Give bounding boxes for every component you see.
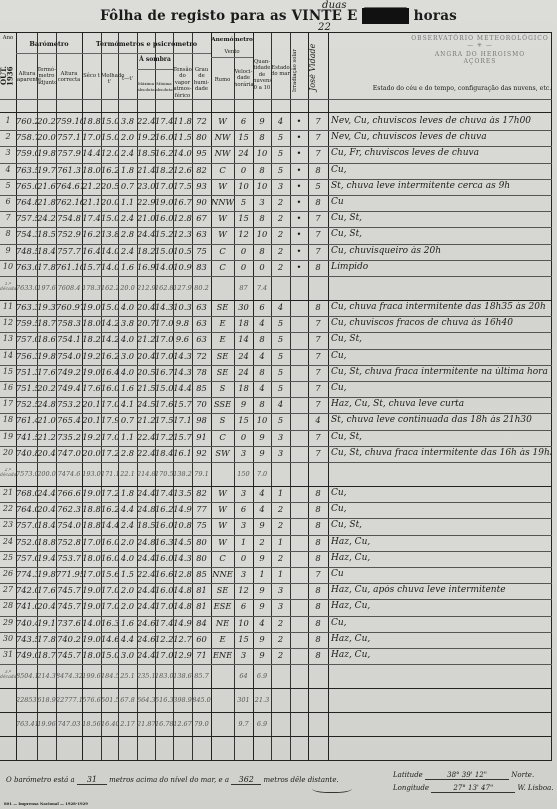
cell-vel: 15 — [234, 132, 253, 142]
header-anemometro: Anemómetro — [211, 37, 253, 43]
day-number: 2 — [0, 132, 16, 141]
cell-grau: 75 — [192, 520, 211, 530]
cell-rumo: C — [211, 246, 234, 256]
cell-molh: 17.0 — [101, 585, 118, 595]
cell-x: 8 — [308, 601, 328, 611]
cell-alt_ap: 740.8 — [16, 448, 37, 458]
barometer-distance: 362 — [231, 775, 261, 785]
cell-vel: 6 — [234, 504, 253, 514]
cell-seco: 178.3 — [82, 284, 101, 292]
cell-tens: 10.8 — [173, 520, 192, 530]
cell-molh: 14.2 — [101, 318, 118, 328]
cell-tens: 10.3 — [173, 302, 192, 312]
cell-vel: 15 — [234, 634, 253, 644]
cell-seco: 18.8 — [82, 520, 101, 530]
header-termometros: Termómetros e psicrómetro — [82, 41, 211, 47]
cell-grau: 72 — [192, 116, 211, 126]
cell-alt_ap: 752.0 — [16, 537, 37, 547]
cell-seco: 16.4 — [82, 246, 101, 256]
cell-vel: 0 — [234, 432, 253, 442]
cell-molh: 15.0 — [101, 650, 118, 660]
cell-diff: 3.8 — [118, 116, 137, 126]
cell-min: 17.0 — [155, 351, 173, 361]
cell-molh: 14.2 — [101, 334, 118, 344]
cell-mar: 2 — [271, 520, 290, 530]
table-row: 23757.018.4754.018.814.42.418.516.010.87… — [0, 518, 552, 534]
cell-max: 24.4 — [137, 650, 155, 660]
title-annotation-above: duas — [322, 0, 347, 11]
cell-molh: 16.0 — [101, 553, 118, 563]
cell-max: 235.1 — [137, 672, 155, 680]
cell-max: 24.4 — [137, 553, 155, 563]
cell-diff: 3.0 — [118, 650, 137, 660]
cell-remark: Cu — [331, 569, 551, 579]
cell-min: 16.0 — [155, 132, 173, 142]
cell-grau: 80.2 — [192, 284, 211, 292]
table-row: 26774.3519.8771.9517.015.61.522.416.612.… — [0, 567, 552, 583]
day-number: 14 — [0, 351, 16, 360]
cell-vel: 64 — [234, 672, 253, 680]
cell-remark: Haz, Cu, — [331, 634, 551, 644]
cell-min: 17.0 — [155, 181, 173, 191]
cell-remark: St, chuva leve continuada das 18h às 21h… — [331, 415, 551, 425]
cell-alt_ap: 765.05 — [16, 181, 37, 191]
cell-term: 18.4 — [37, 246, 56, 256]
table-row: 9748.518.4757.716.414.02.418.215.010.575… — [0, 244, 552, 260]
cell-remark: Cu, Fr, chuviscos leves de chuva — [331, 148, 551, 158]
month-stamp: OUT. 1936 — [1, 57, 15, 95]
cell-alt_corr: 737.6 — [56, 618, 82, 628]
cell-x: 7 — [308, 432, 328, 442]
cell-max: 21.0 — [137, 213, 155, 223]
cell-rumo: W — [211, 504, 234, 514]
cell-nuv: 10 — [253, 181, 271, 191]
cell-alt_ap: 768.0 — [16, 488, 37, 498]
cell-molh: 184.5 — [101, 672, 118, 680]
cell-alt_corr: 747.03 — [56, 720, 82, 728]
cell-alt_ap: 22853.90 — [16, 696, 37, 704]
cell-mar: 2 — [271, 618, 290, 628]
cell-alt_corr: 749.2 — [56, 367, 82, 377]
cell-remark: Nev, Cu, chuviscos leves de chuva — [331, 132, 551, 142]
cell-alt_corr: 753.2 — [56, 399, 82, 409]
cell-grau: 71 — [192, 650, 211, 660]
cell-rumo: W — [211, 520, 234, 530]
cell-seco: 18.0 — [82, 650, 101, 660]
cell-grau: 63 — [192, 318, 211, 328]
table-row: 31749.018.7745.718.015.03.024.417.012.97… — [0, 648, 552, 664]
table-row: 19741.521.2735.219.217.01.122.417.215.79… — [0, 430, 552, 446]
cell-mar: 3 — [271, 585, 290, 595]
cell-nuv: 7.4 — [253, 284, 271, 292]
header-nuvens: Quan-tidade de nuvens 0 a 10 — [253, 59, 271, 91]
cell-max: 24.5 — [137, 399, 155, 409]
cell-molh: 14.0 — [101, 246, 118, 256]
cell-max: 24.6 — [137, 634, 155, 644]
cell-max: 21.87 — [137, 720, 155, 728]
cell-seco: 18.2 — [82, 334, 101, 344]
cell-vel: 1 — [234, 537, 253, 547]
cell-vel: 14 — [234, 334, 253, 344]
cell-diff: 2.0 — [118, 601, 137, 611]
header-velocidade: Veloci-dade horária — [234, 69, 253, 88]
cell-diff: 3.8 — [118, 318, 137, 328]
cell-term: 18.5 — [37, 229, 56, 239]
cell-min: 16.78 — [155, 720, 173, 728]
cell-alt_corr: 764.61 — [56, 181, 82, 191]
cell-seco: 18.0 — [82, 165, 101, 175]
day-number: 26 — [0, 569, 16, 578]
cell-max: 16.9 — [137, 262, 155, 272]
cell-max: 24.4 — [137, 229, 155, 239]
cell-x: 7 — [308, 334, 328, 344]
cell-min: 15.2 — [155, 229, 173, 239]
cell-alt_corr: 754.0 — [56, 351, 82, 361]
cell-vel: 3 — [234, 448, 253, 458]
cell-x: 8 — [308, 553, 328, 563]
cell-seco: 17.6 — [82, 383, 101, 393]
cell-grau: 82 — [192, 165, 211, 175]
header-grau: Grau de humi-dade — [192, 67, 211, 93]
cell-max: 20.5 — [137, 367, 155, 377]
cell-tens: 14.3 — [173, 351, 192, 361]
table-row: 30743.517.8740.219.014.64.424.612.212.76… — [0, 632, 552, 648]
cell-rumo: W — [211, 116, 234, 126]
cell-x: 7 — [308, 246, 328, 256]
cell-alt_corr: 758.3 — [56, 318, 82, 328]
cell-term: 19.7 — [37, 165, 56, 175]
day-number: 3.ª década — [0, 670, 16, 680]
cell-molh: 15.0 — [101, 302, 118, 312]
cell-nuv: 10 — [253, 415, 271, 425]
day-number: 25 — [0, 553, 16, 562]
cell-tens: 10.5 — [173, 246, 192, 256]
cell-remark: Cu, chuviscos fracos de chuva às 16h40 — [331, 318, 551, 328]
cell-alt_corr: 761.3 — [56, 165, 82, 175]
table-row: 12759.518.7758.318.014.23.820.717.09.863… — [0, 316, 552, 332]
cell-rumo: W — [211, 537, 234, 547]
cell-mar: 1 — [271, 537, 290, 547]
cell-molh: 14.0 — [101, 262, 118, 272]
cell-x: 7 — [308, 213, 328, 223]
cell-term: 17.8 — [37, 634, 56, 644]
cell-term: 20.0 — [37, 132, 56, 142]
header-altura-aparente: Altura aparente — [17, 71, 37, 84]
register-sheet: Fôlha de registo para as VINTE E ████ ho… — [0, 0, 557, 809]
cell-rumo: SE — [211, 585, 234, 595]
cell-term: 197.6 — [37, 284, 56, 292]
cell-molh: 16.40 — [101, 720, 118, 728]
cell-tens: 12.9 — [173, 650, 192, 660]
day-number: 1.ª década — [0, 282, 16, 292]
cell-molh: 17.9 — [101, 415, 118, 425]
cell-max: 18.5 — [137, 520, 155, 530]
cell-term: 21.6 — [37, 181, 56, 191]
cell-min: 16.2 — [155, 148, 173, 158]
cell-molh: 15.0 — [101, 213, 118, 223]
cell-x: 7 — [308, 116, 328, 126]
cell-irr: • — [290, 181, 308, 191]
cell-diff: 4.4 — [118, 634, 137, 644]
cell-diff: 2.8 — [118, 448, 137, 458]
table-row: 14756.319.8754.019.216.23.020.417.014.37… — [0, 349, 552, 365]
cell-irr: • — [290, 213, 308, 223]
cell-alt_corr: 7608.4 — [56, 284, 82, 292]
cell-nuv: 9 — [253, 585, 271, 595]
table-row: 25757.019.4753.718.016.04.024.416.014.38… — [0, 551, 552, 567]
cell-alt_ap: 759.5 — [16, 318, 37, 328]
cell-min: 12.2 — [155, 634, 173, 644]
cell-molh: 14.4 — [101, 520, 118, 530]
cell-alt_corr: 765.4 — [56, 415, 82, 425]
cell-alt_ap: 741.0 — [16, 601, 37, 611]
cell-max: 21.4 — [137, 165, 155, 175]
cell-term: 17.8 — [37, 262, 56, 272]
cell-grau: 82 — [192, 488, 211, 498]
cell-alt_ap: 756.3 — [16, 351, 37, 361]
cell-x: 7 — [308, 318, 328, 328]
table-row: 13757.018.6754.118.214.24.021.217.09.663… — [0, 332, 552, 348]
header-vento: Vento — [211, 49, 253, 55]
cell-mar: 3 — [271, 448, 290, 458]
cell-alt_corr: 753.7 — [56, 553, 82, 563]
cell-term: 20.4 — [37, 601, 56, 611]
cell-mar: 5 — [271, 165, 290, 175]
cell-term: 214.3 — [37, 672, 56, 680]
cell-grau: 845.0 — [192, 696, 211, 704]
cell-term: 19.8 — [37, 148, 56, 158]
cell-min: 17.0 — [155, 318, 173, 328]
cell-x: 7 — [308, 351, 328, 361]
cell-grau: 85 — [192, 569, 211, 579]
cell-vel: 3 — [234, 488, 253, 498]
cell-alt_corr: 766.6 — [56, 488, 82, 498]
cell-alt_ap: 757.5 — [16, 213, 37, 223]
cell-mar: 5 — [271, 367, 290, 377]
cell-vel: 12 — [234, 229, 253, 239]
cell-diff: 22.1 — [118, 470, 137, 478]
cell-alt_ap: 757.0 — [16, 520, 37, 530]
cell-max: 24.8 — [137, 504, 155, 514]
cell-molh: 162.2 — [101, 284, 118, 292]
cell-diff: 4.0 — [118, 302, 137, 312]
header-molhado: Molhado t' — [101, 73, 118, 86]
cell-min: 17.4 — [155, 618, 173, 628]
cell-irr: • — [290, 262, 308, 272]
cell-alt_corr: 735.2 — [56, 432, 82, 442]
cell-mar: 5 — [271, 132, 290, 142]
cell-x: 8 — [308, 520, 328, 530]
cell-grau: 75 — [192, 246, 211, 256]
table-row: 20740.820.4747.020.017.22.822.418.416.19… — [0, 446, 552, 462]
cell-alt_ap: 763.30 — [16, 302, 37, 312]
cell-seco: 18.8 — [82, 504, 101, 514]
cell-seco: 19.0 — [82, 634, 101, 644]
cell-nuv: 4 — [253, 351, 271, 361]
cell-alt_ap: 740.4 — [16, 618, 37, 628]
cell-term: 19.3 — [37, 302, 56, 312]
cell-max: 18.5 — [137, 148, 155, 158]
cell-alt_corr: 762.16 — [56, 197, 82, 207]
cell-alt_ap: 749.0 — [16, 650, 37, 660]
day-number: 15 — [0, 367, 16, 376]
cell-mar: 2 — [271, 197, 290, 207]
cell-alt_corr: 760.97 — [56, 302, 82, 312]
cell-max: 212.9 — [137, 284, 155, 292]
cell-tens: 12.8 — [173, 569, 192, 579]
cell-rumo: NNW — [211, 197, 234, 207]
cell-x: 7 — [308, 229, 328, 239]
cell-vel: 15 — [234, 415, 253, 425]
cell-mar: 2 — [271, 634, 290, 644]
cell-mar: 2 — [271, 553, 290, 563]
cell-diff: 2.17 — [118, 720, 137, 728]
cell-grau: 81 — [192, 601, 211, 611]
cell-max: 18.2 — [137, 246, 155, 256]
cell-alt_ap: 743.5 — [16, 634, 37, 644]
cell-term: 200.0 — [37, 470, 56, 478]
cell-diff: 1.6 — [118, 383, 137, 393]
cell-molh: 171.1 — [101, 470, 118, 478]
cell-alt_ap: 7573.0 — [16, 470, 37, 478]
cell-vel: 30 — [234, 302, 253, 312]
cell-tens: 11.8 — [173, 116, 192, 126]
cell-remark: St, chuva leve intermitente cerca as 9h — [331, 181, 551, 191]
day-number: 8 — [0, 229, 16, 238]
cell-nuv: 6 — [253, 302, 271, 312]
cell-remark: Cu, St, — [331, 520, 551, 530]
cell-alt_ap: 764.0 — [16, 504, 37, 514]
cell-alt_corr: 771.95 — [56, 569, 82, 579]
cell-min: 16.3 — [155, 537, 173, 547]
cell-nuv: 4 — [253, 488, 271, 498]
cell-tens: 12.67 — [173, 720, 192, 728]
cell-remark: Cu, St, — [331, 213, 551, 223]
cell-diff: 4.1 — [118, 399, 137, 409]
cell-mar: 1 — [271, 488, 290, 498]
cell-tens: 138.6 — [173, 672, 192, 680]
cell-remark: Haz, Cu, — [331, 601, 551, 611]
title-redaction: ████ — [362, 8, 408, 24]
cell-seco: 17.0 — [82, 132, 101, 142]
observer-signature: José Vidade — [310, 37, 326, 97]
cell-term: 21.2 — [37, 432, 56, 442]
cell-max: 24.8 — [137, 537, 155, 547]
cell-x: 8 — [308, 650, 328, 660]
cell-tens: 16.1 — [173, 448, 192, 458]
cell-term: 618.9 — [37, 696, 56, 704]
cell-remark: Haz, Cu, St, chuva leve curta — [331, 399, 551, 409]
cell-diff: 2.4 — [118, 213, 137, 223]
cell-seco: 20.1 — [82, 399, 101, 409]
cell-alt_corr: 22777.1 — [56, 696, 82, 704]
cell-alt_corr: 752.8 — [56, 537, 82, 547]
cell-remark: Cu, — [331, 504, 551, 514]
cell-max: 24.4 — [137, 601, 155, 611]
day-number: 7 — [0, 213, 16, 222]
cell-tens: 10.9 — [173, 262, 192, 272]
footer-signature — [312, 782, 352, 793]
cell-alt_ap: 759.0 — [16, 148, 37, 158]
cell-tens: 14.9 — [173, 504, 192, 514]
table-row: 4763.519.7761.318.016.21.821.418.212.682… — [0, 163, 552, 179]
cell-term: 17.6 — [37, 367, 56, 377]
cell-tens: 15.7 — [173, 432, 192, 442]
cell-vel: 24 — [234, 148, 253, 158]
cell-term: 18.8 — [37, 537, 56, 547]
day-number: 22 — [0, 504, 16, 513]
cell-vel: 3 — [234, 569, 253, 579]
day-number: 28 — [0, 601, 16, 610]
title-suffix: horas — [414, 8, 457, 24]
cell-term: 19.4 — [37, 553, 56, 563]
cell-nuv: 9 — [253, 601, 271, 611]
cell-nuv: 8 — [253, 213, 271, 223]
cell-irr: • — [290, 246, 308, 256]
cell-nuv: 8 — [253, 334, 271, 344]
cell-rumo: W — [211, 488, 234, 498]
cell-remark: Límpido — [331, 262, 551, 272]
header-maxima: Máxima absoluta — [137, 81, 155, 94]
cell-molh: 17.0 — [101, 399, 118, 409]
cell-diff: 2.0 — [118, 585, 137, 595]
cell-diff: 1.8 — [118, 488, 137, 498]
cell-alt_corr: 747.0 — [56, 448, 82, 458]
cell-max: 20.4 — [137, 351, 155, 361]
cell-alt_ap: 760.2 — [16, 116, 37, 126]
cell-seco: 14.0 — [82, 618, 101, 628]
cell-seco: 19.2 — [82, 351, 101, 361]
cell-remark: Haz, Cu, após chuva leve intermitente — [331, 585, 551, 595]
cell-alt_corr: 745.7 — [56, 650, 82, 660]
cell-tens: 398.9 — [173, 696, 192, 704]
cell-mar: 5 — [271, 334, 290, 344]
day-number: 6 — [0, 197, 16, 206]
cell-rumo: NW — [211, 132, 234, 142]
cell-tens: 12.3 — [173, 229, 192, 239]
cell-grau: 77 — [192, 504, 211, 514]
table-row: 10763.017.8761.1015.714.01.616.914.010.9… — [0, 260, 552, 276]
cell-rumo: SSE — [211, 399, 234, 409]
cell-term: 18.6 — [37, 334, 56, 344]
cell-tens: 14.3 — [173, 367, 192, 377]
cell-vel: 6 — [234, 116, 253, 126]
cell-tens: 14.9 — [173, 618, 192, 628]
day-number: 9 — [0, 246, 16, 255]
cell-max: 21.5 — [137, 383, 155, 393]
cell-term: 19.8 — [37, 351, 56, 361]
cell-tens: 12.7 — [173, 634, 192, 644]
cell-molh: 12.0 — [101, 148, 118, 158]
cell-molh: 16.3 — [101, 618, 118, 628]
day-number: 11 — [0, 302, 16, 311]
cell-grau: 78 — [192, 367, 211, 377]
barometer-height: 31 — [77, 775, 107, 785]
cell-seco: 20.0 — [82, 448, 101, 458]
cell-vel: 0 — [234, 262, 253, 272]
cell-seco: 19.0 — [82, 367, 101, 377]
cell-alt_ap: 741.5 — [16, 432, 37, 442]
cell-alt_ap: 761.4 — [16, 415, 37, 425]
table-row: 22764.020.4762.318.816.24.424.816.214.97… — [0, 502, 552, 518]
cell-seco: 20.1 — [82, 415, 101, 425]
cell-remark: Nev, Cu, chuviscos leves de chuva às 17h… — [331, 116, 551, 126]
cell-vel: 6 — [234, 601, 253, 611]
cell-diff: 3.0 — [118, 351, 137, 361]
cell-nuv: 8 — [253, 165, 271, 175]
cell-mar: 1 — [271, 569, 290, 579]
cell-rumo: C — [211, 165, 234, 175]
